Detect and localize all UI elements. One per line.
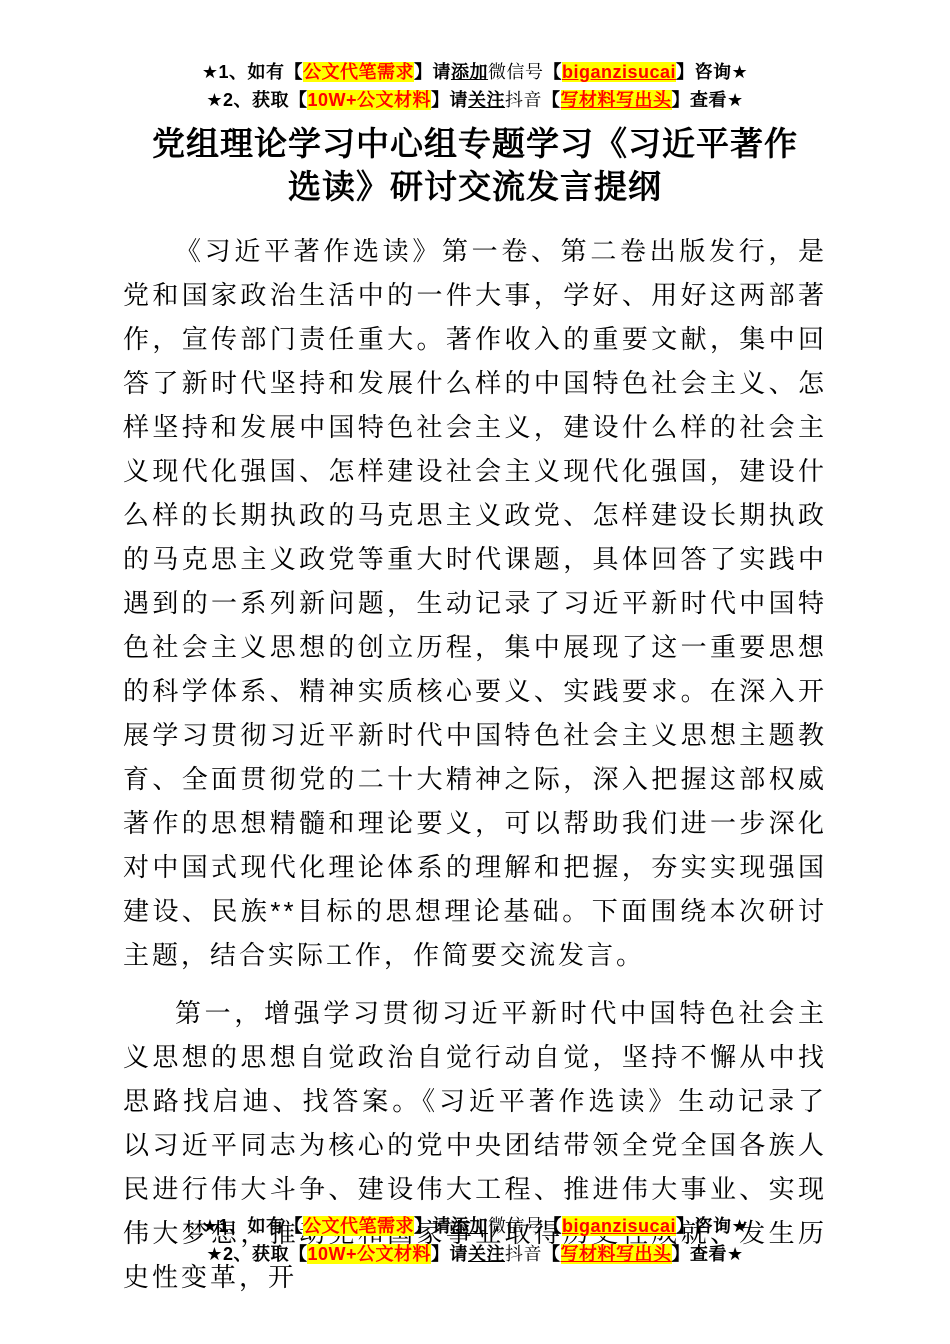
document-title: 党组理论学习中心组专题学习《习近平著作选读》研讨交流发言提纲 (137, 122, 813, 208)
promo-douyin-id: 写材料写出头 (561, 1244, 672, 1264)
paragraph-intro: 《习近平著作选读》第一卷、第二卷出版发行，是党和国家政治生活中的一件大事，学好、… (123, 229, 827, 977)
promo-douyin-id: 写材料写出头 (561, 90, 672, 110)
promo-text: 微信号 (488, 1216, 544, 1236)
promo-text: 【 (542, 90, 561, 110)
promo-text: ★1、如有【 (202, 1216, 303, 1236)
promo-highlight-materials: 10W+公文材料 (307, 1244, 431, 1264)
promo-text: 抖音 (505, 1244, 542, 1264)
promo-line-1: ★1、如有【公文代笔需求】请添加微信号【biganzisucai】咨询★ (0, 58, 950, 86)
promo-banner-top: ★1、如有【公文代笔需求】请添加微信号【biganzisucai】咨询★ ★2、… (0, 0, 950, 114)
promo-text: ★1、如有【 (202, 62, 303, 82)
promo-text: 抖音 (505, 90, 542, 110)
promo-underline-follow: 关注 (468, 1244, 505, 1264)
document-page: ★1、如有【公文代笔需求】请添加微信号【biganzisucai】咨询★ ★2、… (0, 0, 950, 1344)
promo-wechat-id: biganzisucai (562, 1216, 676, 1236)
promo-highlight-materials: 10W+公文材料 (307, 90, 431, 110)
promo-text: 】请 (431, 90, 468, 110)
promo-underline-add: 添加 (451, 62, 488, 82)
promo-text: 【 (542, 1244, 561, 1264)
promo-highlight-service: 公文代笔需求 (303, 62, 414, 82)
promo-underline-add: 添加 (451, 1216, 488, 1236)
promo-line-1: ★1、如有【公文代笔需求】请添加微信号【biganzisucai】咨询★ (0, 1212, 950, 1240)
promo-text: 】查看★ (672, 1244, 744, 1264)
promo-text: 微信号 (488, 62, 544, 82)
promo-text: ★2、获取【 (206, 1244, 307, 1264)
promo-underline-follow: 关注 (468, 90, 505, 110)
promo-text: ★2、获取【 (206, 90, 307, 110)
promo-line-2: ★2、获取【10W+公文材料】请关注抖音【写材料写出头】查看★ (0, 1240, 950, 1268)
promo-text: 】请 (414, 1216, 451, 1236)
promo-text: 】请 (431, 1244, 468, 1264)
promo-text: 】请 (414, 62, 451, 82)
promo-text: 【 (543, 1216, 562, 1236)
promo-text: 】查看★ (672, 90, 744, 110)
promo-wechat-id: biganzisucai (562, 62, 676, 82)
promo-text: 【 (543, 62, 562, 82)
promo-banner-bottom: ★1、如有【公文代笔需求】请添加微信号【biganzisucai】咨询★ ★2、… (0, 1212, 950, 1268)
promo-text: 】咨询★ (676, 62, 748, 82)
promo-highlight-service: 公文代笔需求 (303, 1216, 414, 1236)
promo-text: 】咨询★ (676, 1216, 748, 1236)
document-body: 《习近平著作选读》第一卷、第二卷出版发行，是党和国家政治生活中的一件大事，学好、… (123, 229, 827, 1299)
promo-line-2: ★2、获取【10W+公文材料】请关注抖音【写材料写出头】查看★ (0, 86, 950, 114)
